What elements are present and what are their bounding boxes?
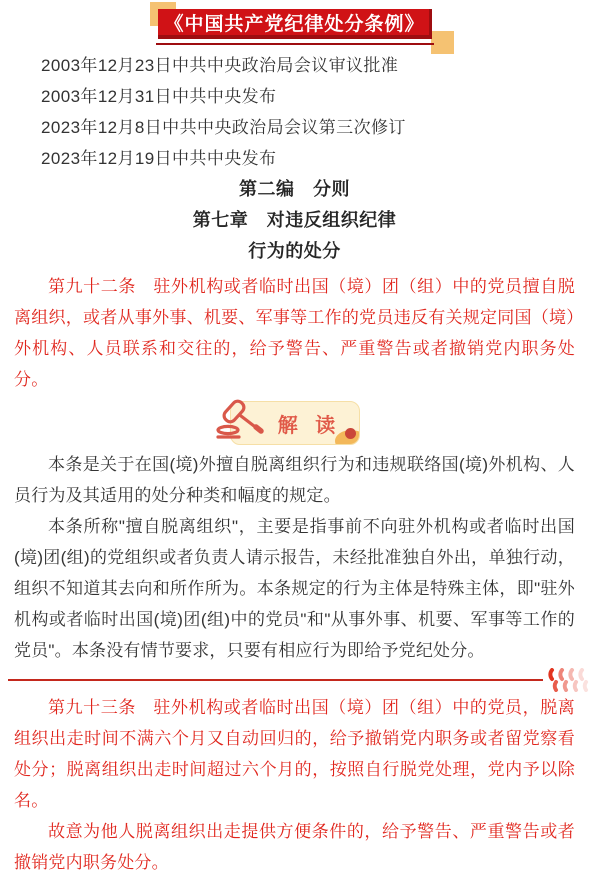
section-divider	[0, 668, 589, 692]
chevron-left-icons	[543, 668, 589, 692]
chapter-heading-line1: 第七章 对违反组织纪律	[0, 205, 589, 236]
gavel-icon	[214, 398, 270, 442]
article-93-paragraph-1: 第九十三条 驻外机构或者临时出国（境）团（组）中的党员，脱离组织出走时间不满六个…	[14, 692, 575, 816]
history-line: 2023年12月19日中共中央发布	[41, 143, 589, 174]
article-page: 《中国共产党纪律处分条例》 2003年12月23日中共中央政治局会议审议批准 2…	[0, 0, 589, 874]
revision-history: 2003年12月23日中共中央政治局会议审议批准 2003年12月31日中共中央…	[41, 50, 589, 174]
part-heading: 第二编 分则	[0, 174, 589, 205]
title-banner: 《中国共产党纪律处分条例》	[158, 9, 432, 39]
decor-square-bottomright	[431, 31, 454, 54]
interpretation-badge: 解 读	[230, 401, 360, 445]
history-line: 2003年12月23日中共中央政治局会议审议批准	[41, 50, 589, 81]
history-line: 2023年12月8日中共中央政治局会议第三次修订	[41, 112, 589, 143]
article-92-text: 第九十二条 驻外机构或者临时出国（境）团（组）中的党员擅自脱离组织，或者从事外事…	[14, 271, 575, 395]
interpretation-paragraph-1: 本条是关于在国(境)外擅自脱离组织行为和违规联络国(境)外机构、人员行为及其适用…	[14, 449, 575, 511]
chapter-heading-line2: 行为的处分	[0, 236, 589, 267]
divider-line	[8, 679, 543, 681]
corner-red-dot	[345, 428, 356, 439]
article-93-paragraph-2: 故意为他人脱离组织出走提供方便条件的，给予警告、严重警告或者撤销党内职务处分。	[14, 816, 575, 874]
title-underline	[156, 43, 434, 45]
document-header: 《中国共产党纪律处分条例》	[0, 0, 589, 50]
history-line: 2003年12月31日中共中央发布	[41, 81, 589, 112]
interpretation-paragraph-2: 本条所称"擅自脱离组织"，主要是指事前不向驻外机构或者临时出国(境)团(组)的党…	[14, 511, 575, 666]
document-title: 《中国共产党纪律处分条例》	[164, 15, 424, 34]
